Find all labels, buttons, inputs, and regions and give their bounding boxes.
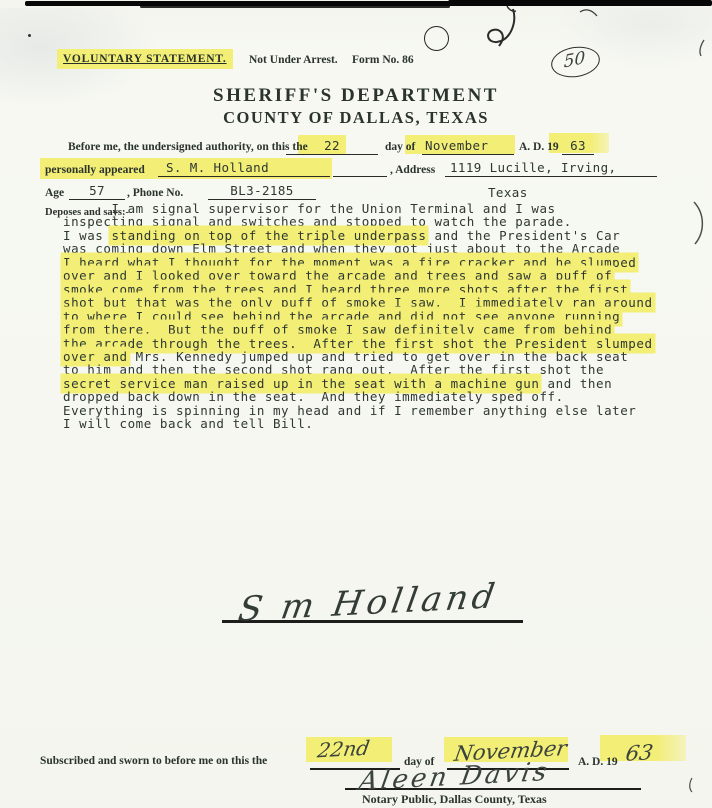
page-number-circle: 50 — [549, 43, 602, 80]
day-of-label: day of — [385, 141, 415, 153]
filler-blank — [333, 159, 387, 177]
appeared-label: personally appeared — [45, 164, 145, 176]
witness-name-value: S. M. Holland — [158, 160, 269, 175]
statement-line: to him and then the second shot rang out… — [63, 363, 653, 376]
county-title: COUNTY OF DALLAS, TEXAS — [0, 108, 712, 128]
statement-line: inspecting signal and switches and stopp… — [63, 215, 653, 228]
statement-text: I am signal supervisor for the Union Ter… — [63, 202, 653, 431]
age-blank: 57 — [69, 182, 125, 200]
statement-line: Everything is spinning in my head and if… — [63, 404, 653, 417]
statement-line: secret service man raised up in the seat… — [63, 377, 653, 390]
statement-line: was coming down Elm Street and when they… — [63, 242, 653, 255]
sworn-year-value: 63 — [624, 740, 655, 765]
sworn-ad19-label: A. D. 19 — [578, 756, 618, 768]
hole-punch-mark — [424, 26, 449, 51]
statement-line: I am signal supervisor for the Union Ter… — [63, 202, 653, 215]
age-value: 57 — [89, 183, 105, 198]
address-cont-value: Texas — [488, 185, 528, 200]
notary-signature: Aleen Davis — [357, 757, 552, 797]
statement-line: over and Mrs. Kennedy jumped up and trie… — [63, 350, 653, 363]
statement-line: the arcade through the trees. After the … — [63, 337, 653, 350]
highlighted-text: shot but that was the only puff of smoke… — [63, 295, 653, 310]
arrest-status-label: Not Under Arrest. — [249, 54, 338, 66]
month-blank: November — [422, 137, 514, 155]
phone-blank: BL3-2185 — [208, 182, 316, 200]
statement-line: from there. But the puff of smoke I saw … — [63, 323, 653, 336]
month-value: November — [422, 138, 488, 153]
department-title: SHERIFF'S DEPARTMENT — [0, 85, 712, 107]
pen-curve-mark — [692, 200, 708, 246]
phone-value: BL3-2185 — [230, 183, 293, 198]
form-type-stamp: VOLUNTARY STATEMENT. — [63, 53, 227, 65]
page-number: 50 — [564, 48, 585, 73]
typed-text: I will come back and tell Bill. — [63, 416, 313, 431]
statement-line: dropped back down in the seat. And they … — [63, 390, 653, 403]
statement-line: over and I looked over toward the arcade… — [63, 269, 653, 282]
statement-line: I was standing on top of the triple unde… — [63, 229, 653, 242]
day-blank: 22 — [286, 137, 378, 155]
pen-dot-mark — [28, 34, 31, 37]
phone-label: , Phone No. — [127, 187, 183, 199]
highlighted-text: from there. But the puff of smoke I saw … — [63, 322, 612, 337]
address-label: , Address — [390, 164, 435, 176]
ad19-label: A. D. 19 — [519, 141, 559, 153]
year-value: 63 — [570, 138, 586, 153]
pen-tick-mark — [578, 8, 600, 22]
address-value: 1119 Lucille, Irving, — [445, 160, 616, 175]
scan-artifact-bar — [140, 5, 450, 8]
age-label: Age — [45, 187, 64, 199]
form-number-label: Form No. 86 — [352, 54, 414, 66]
statement-line: I will come back and tell Bill. — [63, 417, 653, 430]
oath-prefix-label: Before me, the undersigned authority, on… — [68, 141, 308, 153]
sworn-prefix-label: Subscribed and sworn to before me on thi… — [40, 755, 267, 767]
pen-tick-mark — [686, 776, 696, 794]
sworn-day-value: 22nd — [316, 736, 371, 763]
pen-hook-mark — [483, 6, 523, 58]
day-value: 22 — [324, 138, 340, 153]
pen-tick-mark — [694, 38, 708, 58]
year-blank: 63 — [562, 137, 594, 155]
name-blank: S. M. Holland — [158, 159, 330, 177]
address-blank: 1119 Lucille, Irving, — [445, 159, 657, 177]
scanned-document-page: 50 VOLUNTARY STATEMENT. Not Under Arrest… — [0, 0, 712, 808]
statement-line: shot but that was the only puff of smoke… — [63, 296, 653, 309]
